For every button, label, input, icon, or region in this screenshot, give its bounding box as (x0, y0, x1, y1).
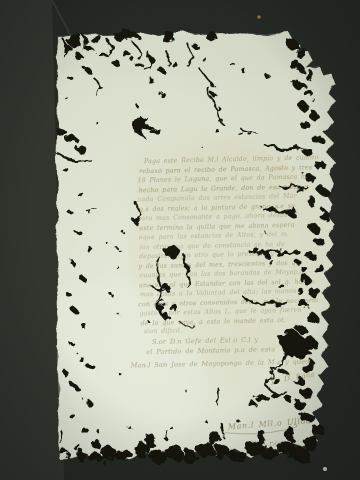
manuscript-photo: Paga este Recibo M.l Alcalde, limpio y d… (0, 0, 360, 480)
photo-vignette (0, 0, 360, 480)
photo-canvas: Paga este Recibo M.l Alcalde, limpio y d… (0, 0, 360, 480)
